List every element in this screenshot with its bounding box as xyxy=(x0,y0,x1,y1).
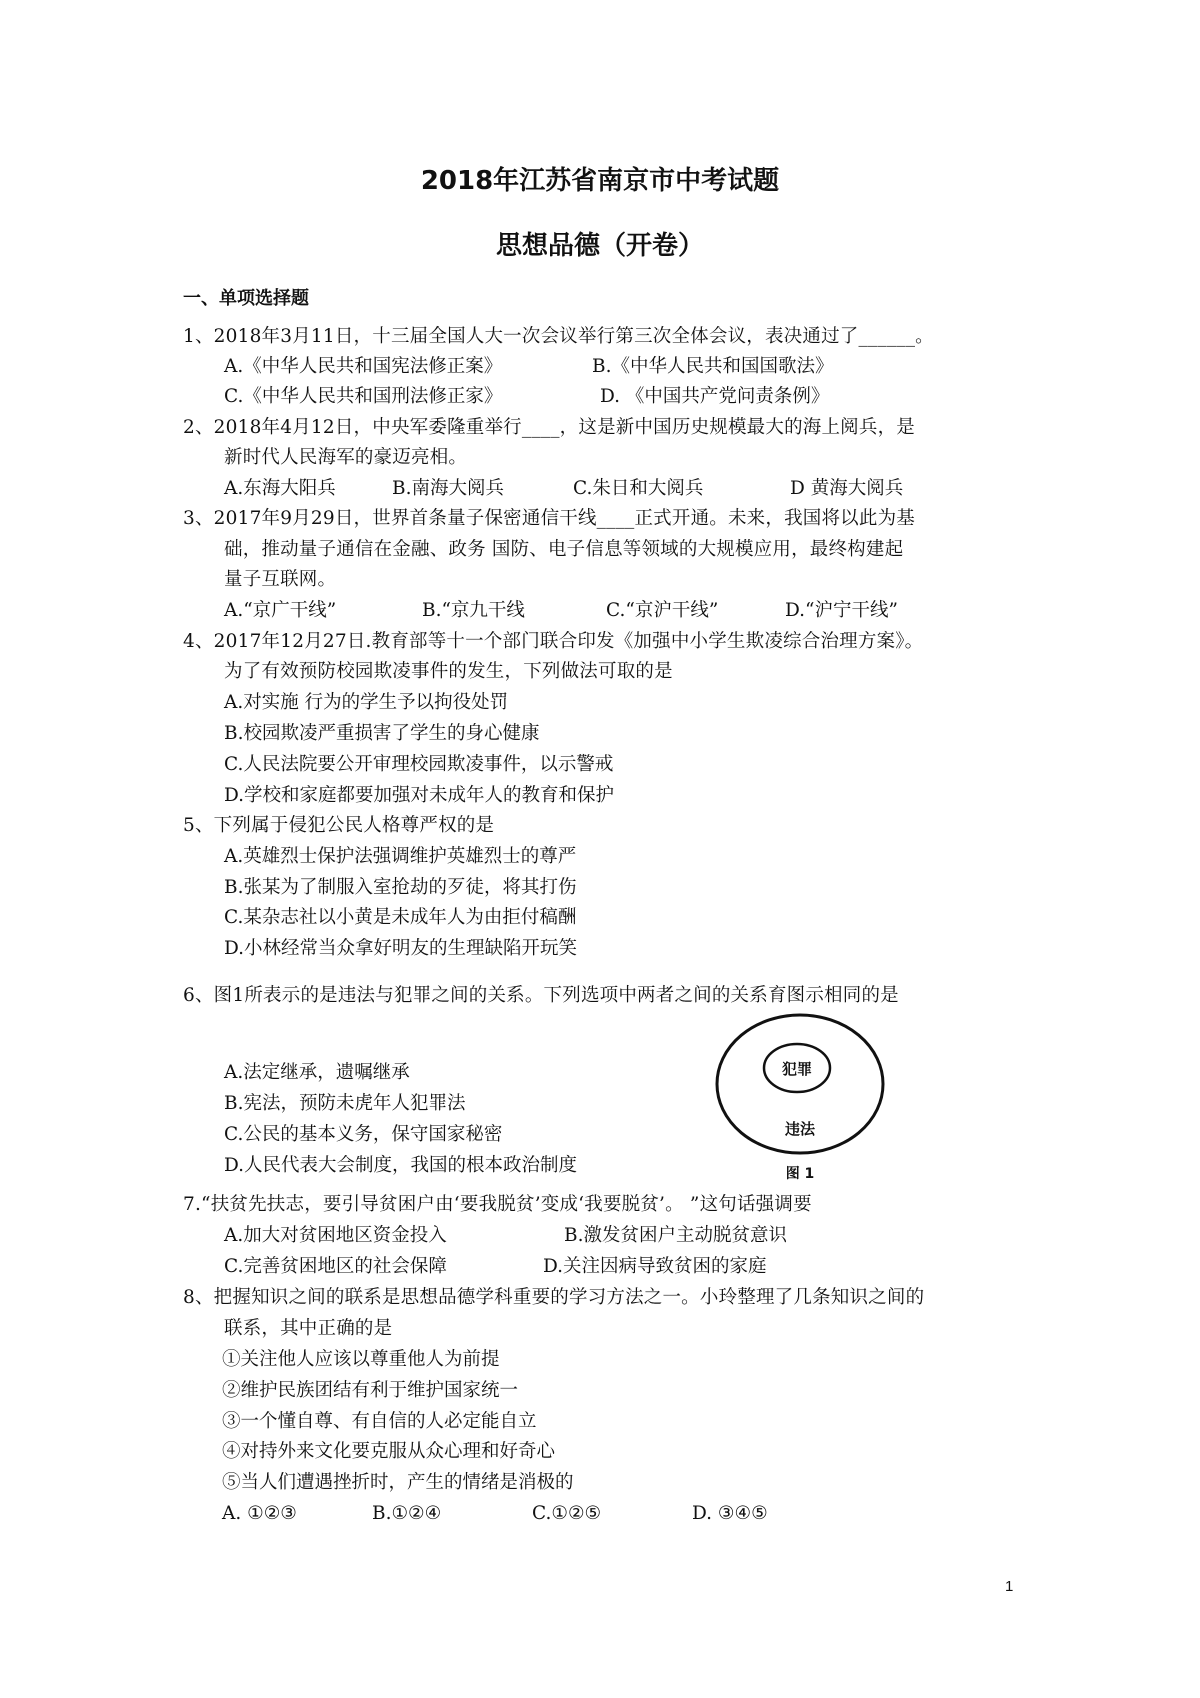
figure-caption: 图 1 xyxy=(770,1163,830,1183)
question-6-option-c: C.公民的基本义务，保守国家秘密 xyxy=(224,1124,502,1146)
question-8-statement-1: ①关注他人应该以尊重他人为前提 xyxy=(222,1349,500,1371)
question-8-option-b: B.①②④ xyxy=(372,1503,441,1525)
question-3-stem-line2: 础，推动量子通信在金融、政务 国防、电子信息等领域的大规模应用，最终构建起 xyxy=(224,539,903,561)
question-4-option-a: A.对实施 行为的学生予以拘役处罚 xyxy=(224,692,508,714)
question-5-option-a: A.英雄烈士保护法强调维护英雄烈士的尊严 xyxy=(224,846,576,868)
question-7-option-d: D.关注因病导致贫困的家庭 xyxy=(543,1256,767,1278)
question-6-option-a: A.法定继承，遗嘱继承 xyxy=(224,1062,410,1084)
question-4-stem-line2: 为了有效预防校园欺凌事件的发生，下列做法可取的是 xyxy=(224,661,673,683)
question-4-stem-line1: 4、2017年12月27日.教育部等十一个部门联合印发《加强中小学生欺凌综合治理… xyxy=(183,631,923,653)
question-8-option-a: A. ①②③ xyxy=(222,1503,297,1525)
question-4-option-b: B.校园欺凌严重损害了学生的身心健康 xyxy=(224,723,539,745)
question-5-option-c: C.某杂志社以小黄是未成年人为由拒付稿酬 xyxy=(224,907,576,929)
question-1-option-d: D. 《中国共产党问责条例》 xyxy=(600,386,829,408)
question-8-option-d: D. ③④⑤ xyxy=(692,1503,768,1525)
question-8-statement-5: ⑤当人们遭遇挫折时，产生的情绪是消极的 xyxy=(222,1472,574,1494)
question-1-option-a: A.《中华人民共和国宪法修正案》 xyxy=(224,356,502,378)
inner-label-crime: 犯罪 xyxy=(772,1058,822,1079)
question-3-option-b: B.“京九干线 xyxy=(422,600,525,622)
question-6-stem: 6、图1所表示的是违法与犯罪之间的关系。下列选项中两者之间的关系育图示相同的是 xyxy=(183,985,899,1007)
question-3-stem-line3: 量子互联网。 xyxy=(224,569,336,591)
question-7-option-a: A.加大对贫困地区资金投入 xyxy=(224,1225,447,1247)
question-2-option-c: C.朱日和大阅兵 xyxy=(573,478,703,500)
question-7-option-c: C.完善贫困地区的社会保障 xyxy=(224,1256,447,1278)
question-1-option-b: B.《中华人民共和国国歌法》 xyxy=(592,356,833,378)
question-5-option-b: B.张某为了制服入室抢劫的歹徒，将其打伤 xyxy=(224,877,576,899)
question-2-option-d: D 黄海大阅兵 xyxy=(790,478,903,500)
question-8-stem-line2: 联系，其中正确的是 xyxy=(224,1318,392,1340)
question-6-option-d: D.人民代表大会制度，我国的根本政治制度 xyxy=(224,1155,577,1177)
question-2-stem-line1: 2、2018年4月12日，中央军委隆重举行____，这是新中国历史规模最大的海上… xyxy=(183,417,915,439)
question-8-statement-3: ③一个懂自尊、有自信的人必定能自立 xyxy=(222,1411,537,1433)
figure-1-diagram: 犯罪 违法 图 1 xyxy=(700,1010,900,1190)
question-7-stem: 7.“扶贫先扶志，要引导贫困户由‘要我脱贫’变成‘我要脱贫’。 ”这句话强调要 xyxy=(183,1194,812,1216)
question-8-stem-line1: 8、把握知识之间的联系是思想品德学科重要的学习方法之一。小玲整理了几条知识之间的 xyxy=(183,1287,924,1309)
question-5-stem: 5、下列属于侵犯公民人格尊严权的是 xyxy=(183,815,494,837)
document-title: 2018年江苏省南京市中考试题 xyxy=(0,160,1200,197)
question-6-option-b: B.宪法，预防未虎年人犯罪法 xyxy=(224,1093,465,1115)
question-4-option-d: D.学校和家庭都要加强对未成年人的教育和保护 xyxy=(224,785,614,807)
question-3-option-a: A.“京广干线” xyxy=(224,600,336,622)
question-2-stem-line2: 新时代人民海军的豪迈亮相。 xyxy=(224,447,467,469)
document-subtitle: 思想品德（开卷） xyxy=(0,225,1200,262)
question-1-stem: 1、2018年3月11日，十三届全国人大一次会议举行第三次全体会议，表决通过了_… xyxy=(183,326,934,348)
question-2-option-b: B.南海大阅兵 xyxy=(392,478,504,500)
question-4-option-c: C.人民法院要公开审理校园欺凌事件，以示警戒 xyxy=(224,754,613,776)
section-heading: 一、单项选择题 xyxy=(183,284,309,310)
question-7-option-b: B.激发贫困户主动脱贫意识 xyxy=(564,1225,787,1247)
question-8-statement-4: ④对持外来文化要克服从众心理和好奇心 xyxy=(222,1441,555,1463)
outer-label-violation: 违法 xyxy=(775,1118,825,1139)
question-5-option-d: D.小林经常当众拿好明友的生理缺陷开玩笑 xyxy=(224,938,577,960)
question-2-option-a: A.东海大阳兵 xyxy=(224,478,336,500)
question-3-option-c: C.“京沪干线” xyxy=(606,600,718,622)
question-8-option-c: C.①②⑤ xyxy=(532,1503,601,1525)
question-1-option-c: C.《中华人民共和国刑法修正家》 xyxy=(224,386,502,408)
question-8-statement-2: ②维护民族团结有利于维护国家统一 xyxy=(222,1380,518,1402)
page-number: 1 xyxy=(1005,1578,1013,1595)
question-3-stem-line1: 3、2017年9月29日，世界首条量子保密通信干线____正式开通。未来，我国将… xyxy=(183,508,915,530)
question-3-option-d: D.“沪宁干线” xyxy=(785,600,898,622)
